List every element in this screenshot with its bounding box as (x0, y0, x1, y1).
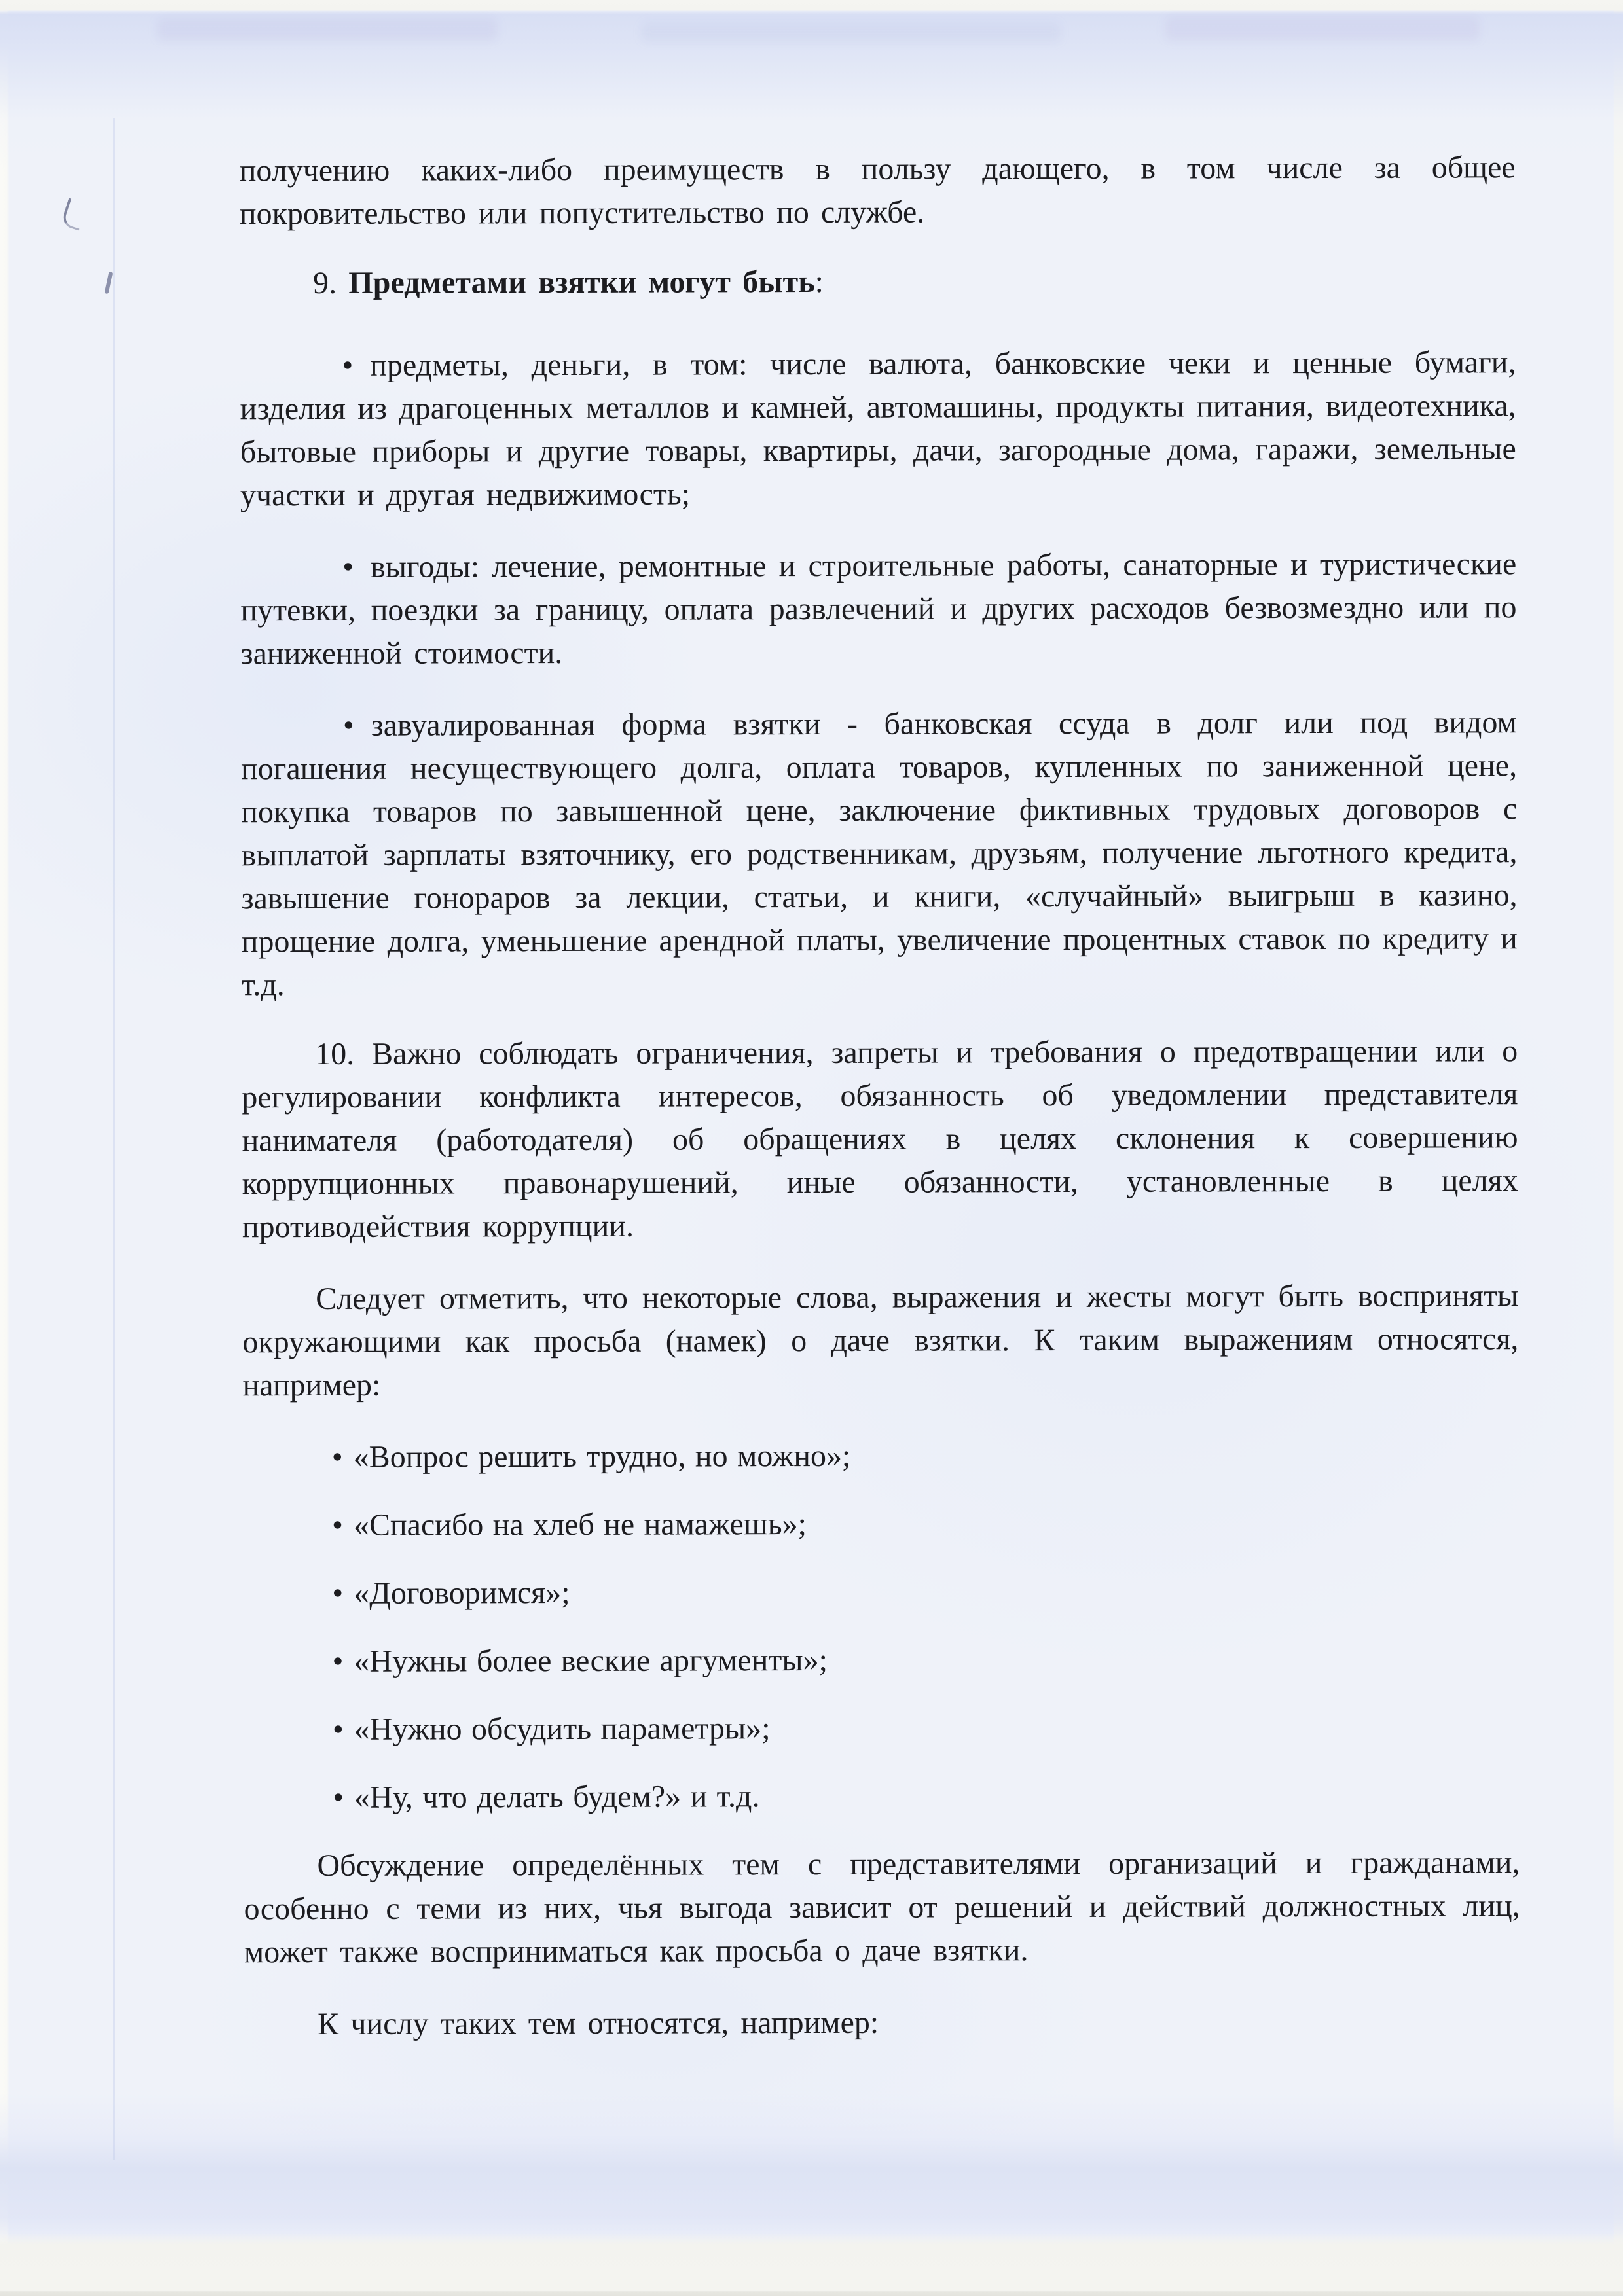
quote-item: •«Вопрос решить трудно, но можно»; (243, 1433, 1519, 1479)
quote-item: •«Спасибо на хлеб не намажешь»; (243, 1501, 1519, 1547)
bullet-marker: • (333, 1780, 354, 1815)
quote-item: •«Договоримся»; (243, 1569, 1519, 1615)
bullet-marker: • (342, 550, 371, 584)
paragraph-words-gestures: Следует отметить, что некоторые слова, в… (242, 1274, 1519, 1407)
bullet-marker: • (342, 348, 370, 383)
quote-text: «Вопрос решить трудно, но можно»; (354, 1439, 851, 1475)
paragraph-continuation: получению каких-либо преимуществ в польз… (240, 146, 1516, 236)
paragraph-discussion-topics: Обсуждение определённых тем с представит… (244, 1841, 1520, 1974)
document-body: получению каких-либо преимуществ в польз… (0, 0, 1623, 2075)
quote-text: «Договоримся»; (354, 1575, 570, 1611)
bullet-marker: • (333, 1712, 354, 1747)
heading-bold-text: Предметами взятки могут быть (348, 264, 814, 300)
scanned-page: получению каких-либо преимуществ в польз… (0, 0, 1623, 2296)
quote-item: •«Ну, что делать будем?» и т.д. (244, 1773, 1520, 1820)
quote-text: «Спасибо на хлеб не намажешь»; (354, 1507, 807, 1543)
quote-text: «Ну, что делать будем?» и т.д. (354, 1779, 760, 1815)
paragraph-10: 10. Важно соблюдать ограничения, запреты… (242, 1030, 1518, 1249)
paragraph-topics-intro: К числу таких тем относятся, например: (244, 2000, 1520, 2046)
bullet-marker: • (332, 1508, 354, 1543)
section-heading-9: 9. Предметами взятки могут быть: (240, 259, 1516, 305)
list-item-text: предметы, деньги, в том: числе валюта, б… (240, 345, 1516, 512)
quote-item: •«Нужны более веские аргументы»; (244, 1637, 1520, 1683)
list-item-objects: •предметы, деньги, в том: числе валюта, … (240, 341, 1516, 517)
heading-number: 9. (313, 266, 348, 300)
bullet-marker: • (333, 1644, 354, 1679)
list-item-veiled-forms: •завуалированная форма взятки - банковск… (241, 701, 1518, 1007)
quote-text: «Нужно обсудить параметры»; (354, 1711, 771, 1747)
bullet-marker: • (332, 1440, 354, 1475)
quote-item: •«Нужно обсудить параметры»; (244, 1705, 1520, 1751)
bullet-marker: • (332, 1576, 354, 1611)
list-item-benefits: •выгоды: лечение, ремонтные и строительн… (240, 543, 1517, 675)
bullet-marker: • (343, 708, 371, 743)
list-item-text: выгоды: лечение, ремонтные и строительны… (240, 547, 1516, 671)
quote-text: «Нужны более веские аргументы»; (354, 1643, 828, 1679)
heading-colon: : (814, 264, 823, 299)
list-item-text: завуалированная форма взятки - банковска… (241, 705, 1518, 1002)
